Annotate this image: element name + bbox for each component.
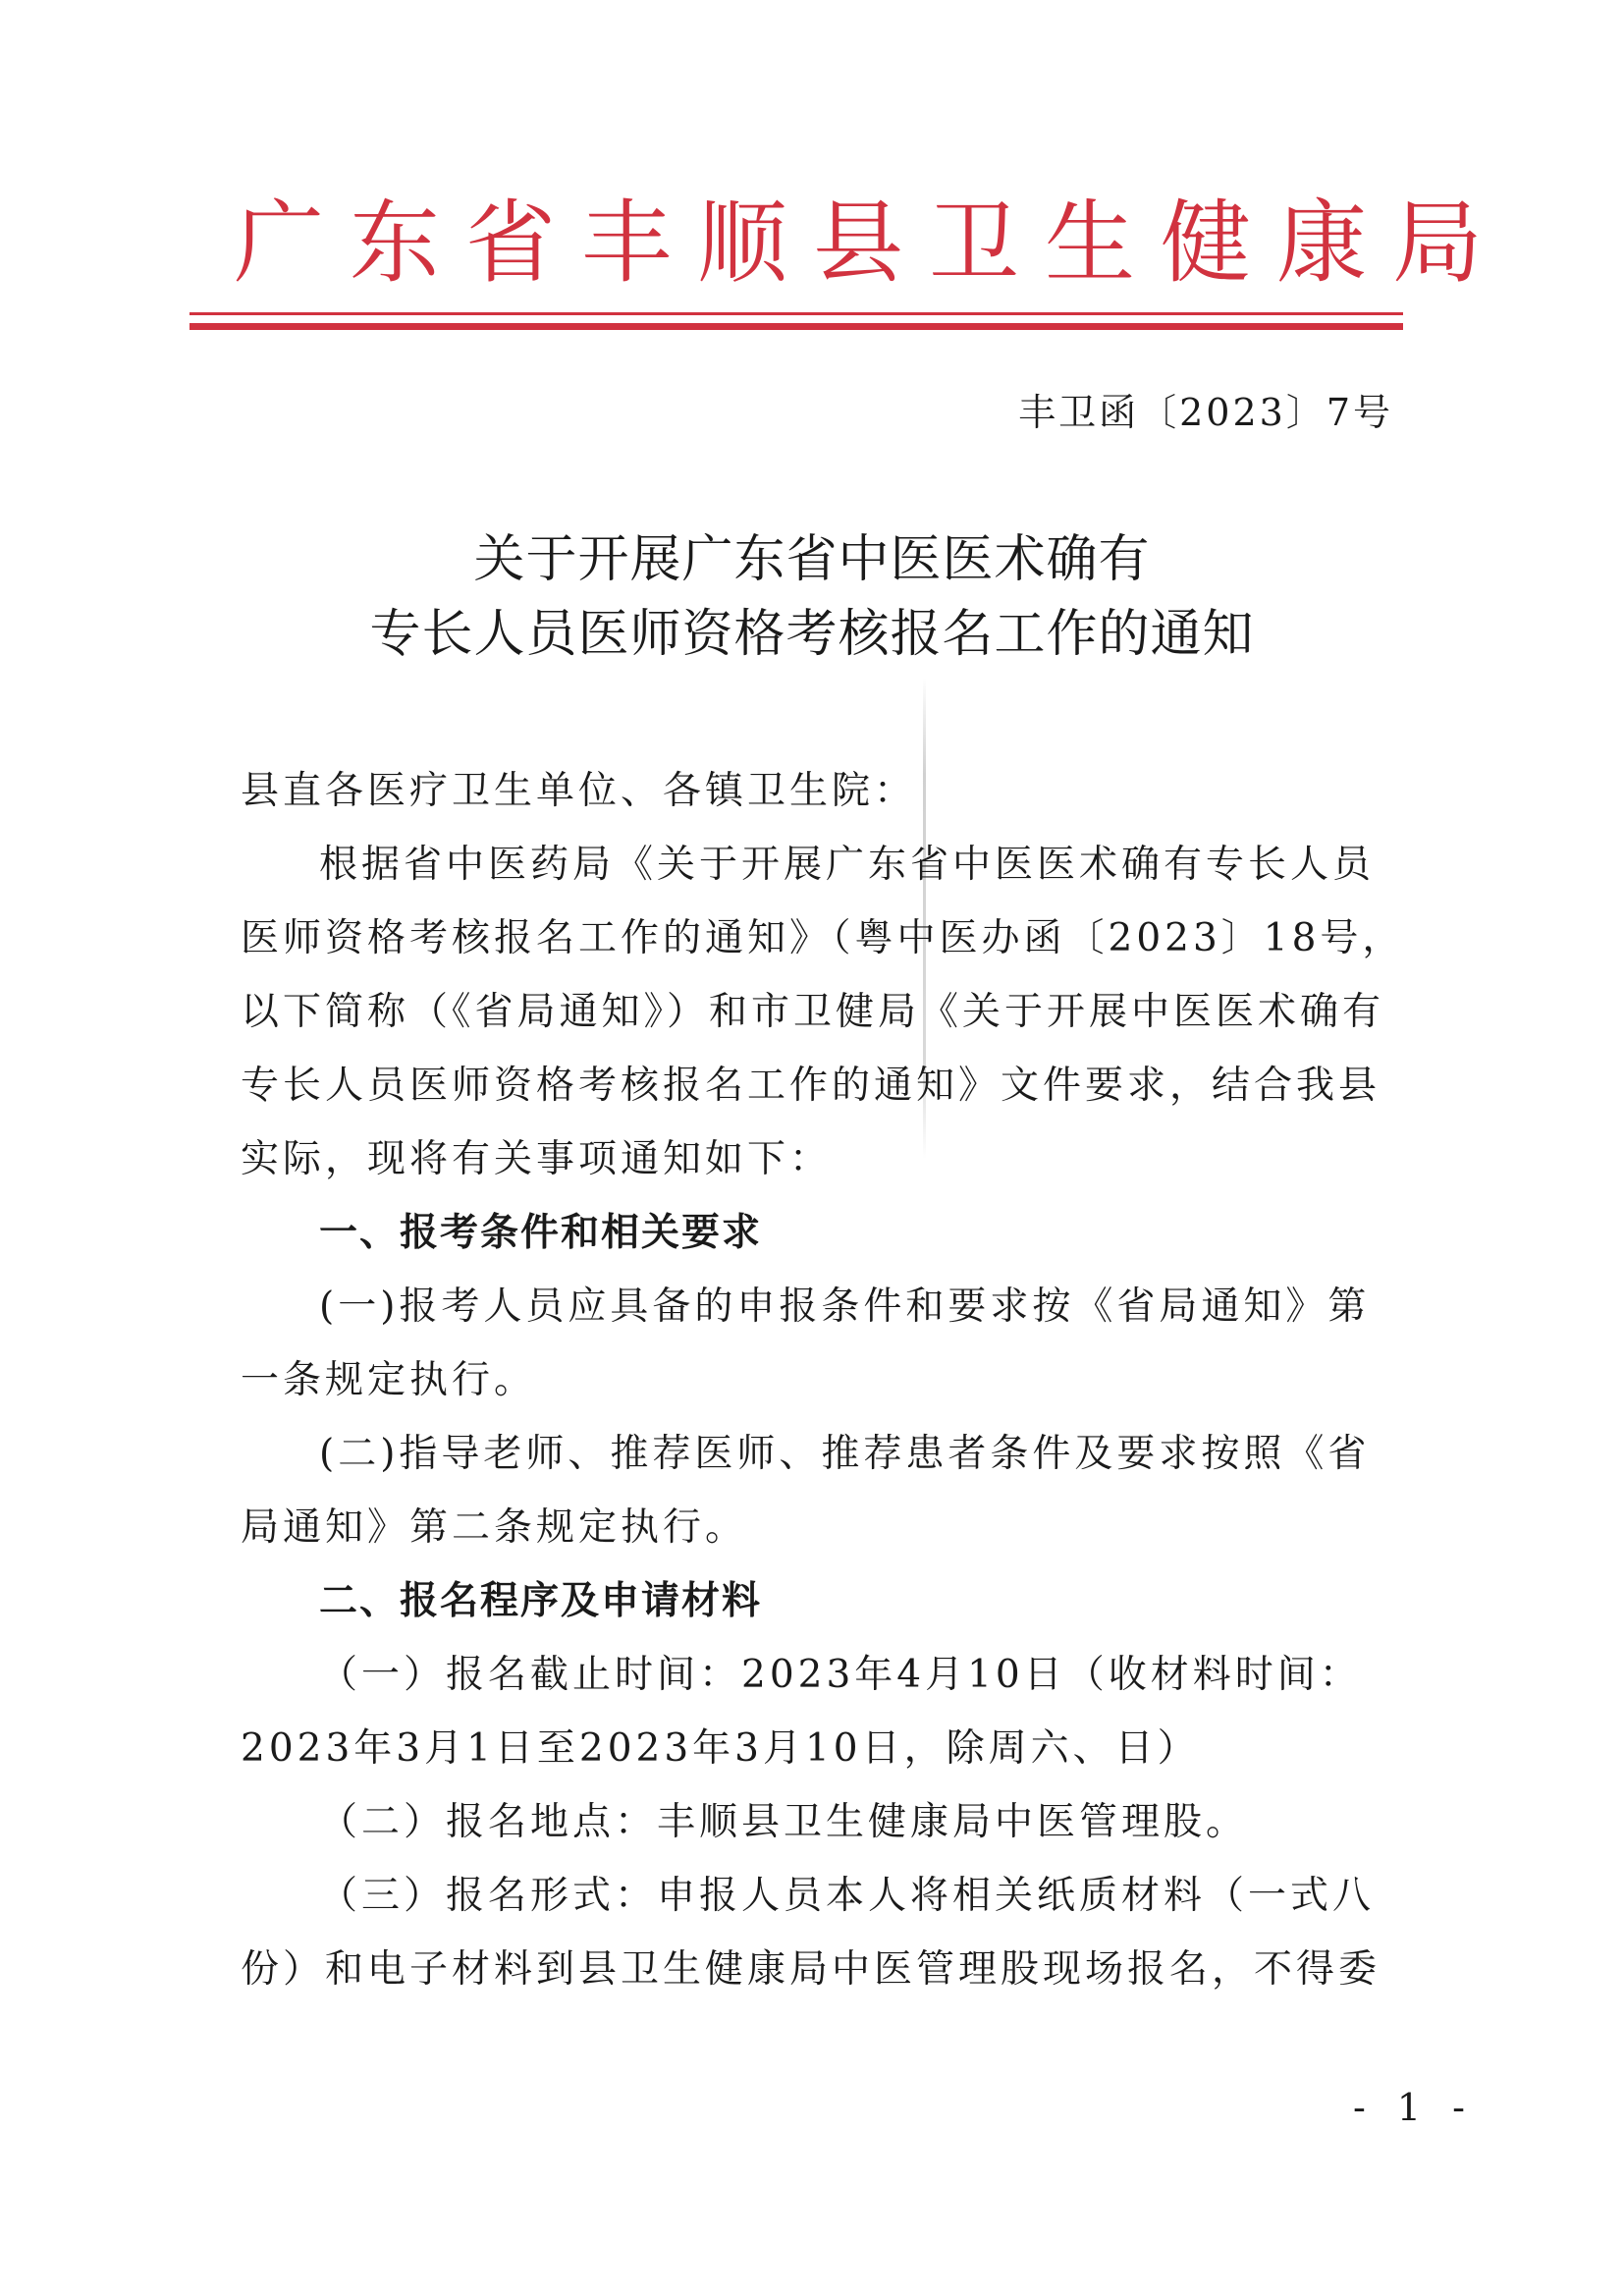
salutation: 县直各医疗卫生单位、各镇卫生院： [241,764,916,819]
letterhead-rule-thick [189,323,1403,330]
intro-line: 医师资格考核报名工作的通知》（粤中医办函〔2023〕18号， [241,911,1404,966]
section-1-item-1-line: 一条规定执行。 [241,1353,536,1408]
intro-line: 专长人员医师资格考核报名工作的通知》文件要求，结合我县 [241,1059,1380,1114]
page-number: - 1 - [1353,2086,1475,2129]
section-1-item-2-line: (二)指导老师、推荐医师、推荐患者条件及要求按照《省 [319,1427,1370,1482]
section-1-item-1-line: (一)报考人员应具备的申报条件和要求按《省局通知》第 [319,1280,1370,1335]
section-2-heading: 二、报名程序及申请材料 [319,1574,762,1629]
document-page: 广东省丰顺县卫生健康局 丰卫函〔2023〕7号 关于开展广东省中医医术确有 专长… [0,0,1624,2296]
intro-line: 实际，现将有关事项通知如下： [241,1132,832,1187]
section-2-item-1-line: 2023年3月1日至2023年3月10日，除周六、日） [241,1722,1200,1777]
section-2-item-3-line: （三）报名形式：申报人员本人将相关纸质材料（一式八 [319,1869,1375,1924]
section-1-item-2-line: 局通知》第二条规定执行。 [241,1501,747,1556]
intro-line: 以下简称（《省局通知》）和市卫健局《关于开展中医医术确有 [241,985,1384,1040]
letterhead-rule-thin [189,312,1403,315]
section-2-item-2-line: （二）报名地点：丰顺县卫生健康局中医管理股。 [319,1795,1248,1850]
section-2-item-1-line: （一）报名截止时间：2023年4月10日（收材料时间： [319,1648,1362,1703]
document-number: 丰卫函〔2023〕7号 [1018,389,1393,436]
section-2-item-3-line: 份）和电子材料到县卫生健康局中医管理股现场报名，不得委 [241,1942,1380,1997]
intro-line: 根据省中医药局《关于开展广东省中医医术确有专长人员 [319,838,1375,893]
section-1-heading: 一、报考条件和相关要求 [319,1206,762,1261]
document-title-line-2: 专长人员医师资格考核报名工作的通知 [0,599,1624,670]
letterhead-org-name: 广东省丰顺县卫生健康局 [234,185,1373,302]
document-title-line-1: 关于开展广东省中医医术确有 [0,524,1624,595]
